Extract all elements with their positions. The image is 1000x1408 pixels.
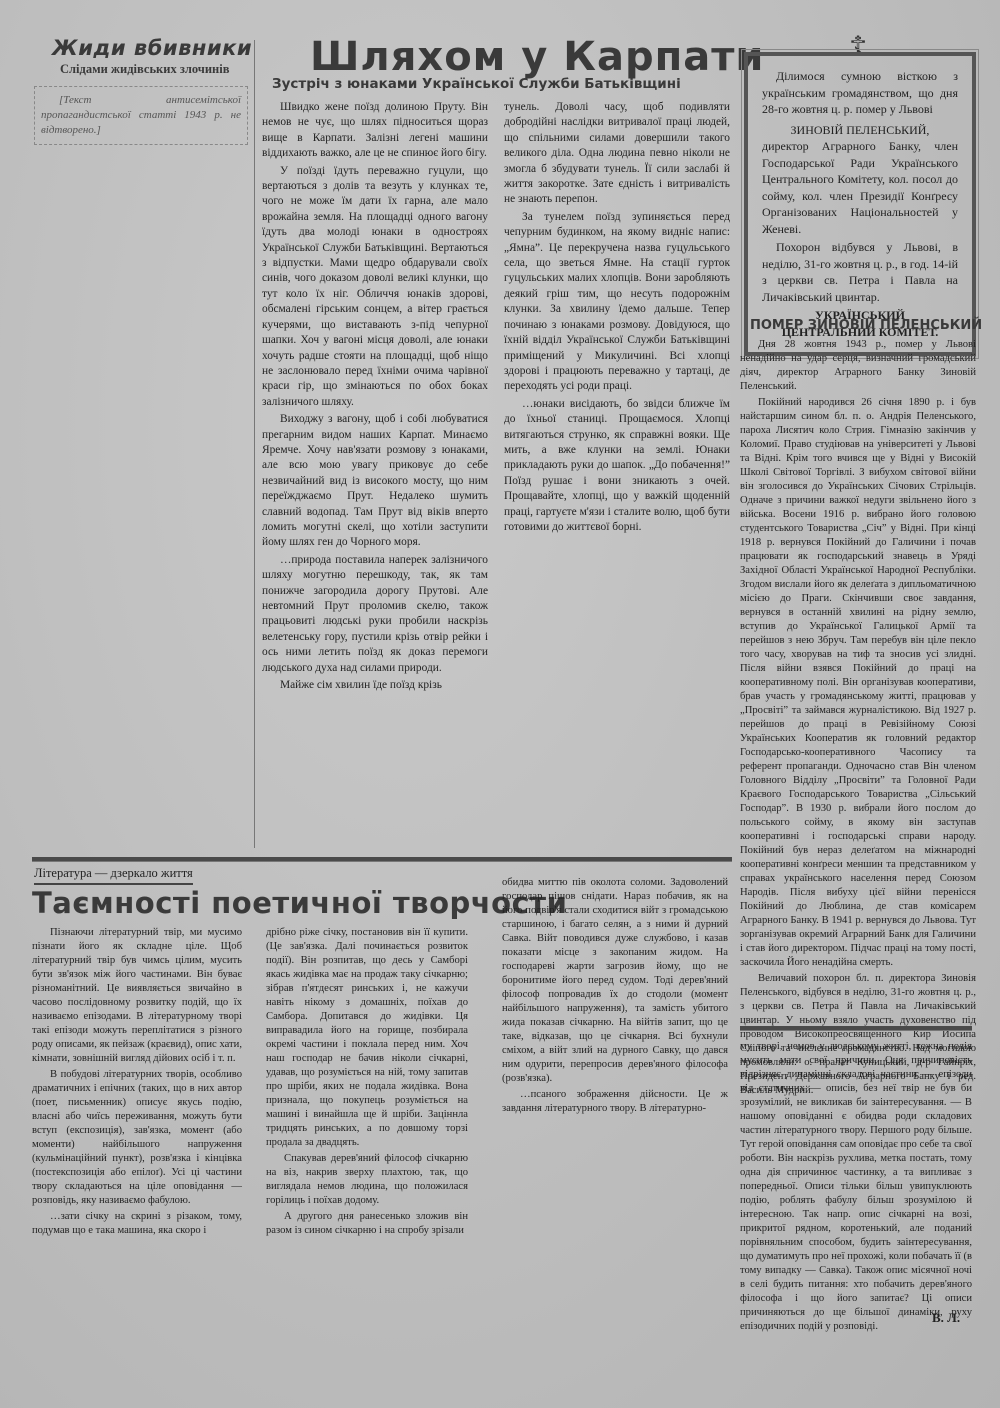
omitted-content-note: [Текст антисемітської пропагандистської … — [34, 86, 248, 145]
paragraph: обидва миттю пів околота соломи. Задовол… — [502, 876, 728, 1086]
paragraph: Швидко жене поїзд долиною Пруту. Він нем… — [262, 100, 488, 162]
paragraph: У поїзді їдуть переважно гуцули, що верт… — [262, 164, 488, 411]
notice-intro: Ділимося сумною вісткою з українським гр… — [762, 68, 958, 118]
paragraph: За тунелем поїзд зупиняється перед чепур… — [504, 210, 730, 395]
section-divider — [32, 857, 732, 862]
left-article-headline: Жиди вбивники — [52, 36, 252, 60]
paragraph: …юнаки висідають, бо звідси ближче їм до… — [504, 397, 730, 536]
paragraph: му творі, немов у людському житті, кожна… — [740, 1040, 972, 1334]
main-article-subtitle: Зустріч з юнаками Української Служби Бат… — [272, 76, 681, 92]
paragraph: Спакував дерев'яний філософ січкарню на … — [266, 1152, 468, 1208]
paragraph: …природа поставила наперек залізничого ш… — [262, 553, 488, 676]
literature-rubric: Література — дзеркало життя — [34, 866, 193, 885]
paragraph: Пізнаючи літературний твір, ми мусимо пі… — [32, 926, 242, 1066]
paragraph: дрібно ріже січку, постановив він її куп… — [266, 926, 468, 1150]
main-article-col1: Швидко жене поїзд долиною Пруту. Він нем… — [262, 100, 488, 695]
paragraph: Дня 28 жовтня 1943 р., помер у Львові не… — [740, 338, 976, 394]
paragraph: В побудові літературних творів, особливо… — [32, 1068, 242, 1208]
paragraph: …псаного зображення дійсности. Це ж завд… — [502, 1088, 728, 1116]
left-article-subtitle: Слідами жидівських злочинів — [60, 62, 229, 77]
literature-col2: дрібно ріже січку, постановив він її куп… — [266, 926, 468, 1240]
main-article-headline: Шляхом у Карпати — [310, 34, 764, 80]
notice-name: ЗИНОВІЙ ПЕЛЕНСЬКИЙ, — [762, 122, 958, 139]
paragraph: …зати січку на скрині з різаком, тому, п… — [32, 1210, 242, 1238]
literature-headline: Таємності поетичної творчости — [32, 886, 567, 920]
newspaper-page: Жиди вбивники Слідами жидівських злочині… — [0, 0, 1000, 1408]
death-notice-box: Ділимося сумною вісткою з українським гр… — [744, 52, 976, 356]
literature-col1: Пізнаючи літературний твір, ми мусимо пі… — [32, 926, 242, 1240]
paragraph: тунель. Доволі часу, щоб подивляти добро… — [504, 100, 730, 208]
column-divider — [254, 40, 255, 848]
notice-funeral: Похорон відбувся у Львові, в неділю, 31-… — [762, 239, 958, 305]
left-article-body: [Текст антисемітської пропагандистської … — [34, 86, 248, 147]
obituary-headline: ПОМЕР ЗИНОВІЙ ПЕЛЕНСЬКИЙ — [750, 318, 982, 333]
author-signature: В. Л. — [932, 1310, 960, 1326]
paragraph: Покійний народився 26 січня 1890 р. і бу… — [740, 396, 976, 970]
literature-col4: му творі, немов у людському житті, кожна… — [740, 1040, 972, 1336]
notice-titles: директор Аграрного Банку, член Господарс… — [762, 138, 958, 237]
main-article-col2: тунель. Доволі часу, щоб подивляти добро… — [504, 100, 730, 537]
literature-col3: обидва миттю пів околота соломи. Задовол… — [502, 876, 728, 1118]
section-divider — [740, 1026, 972, 1031]
paragraph: Майже сім хвилин їде поїзд крізь — [262, 678, 488, 693]
paragraph: А другого дня ранесенько зложив він разо… — [266, 1210, 468, 1238]
paragraph: Виходжу з вагону, щоб і собі любуватися … — [262, 412, 488, 551]
obituary-body: Дня 28 жовтня 1943 р., помер у Львові не… — [740, 338, 976, 1100]
